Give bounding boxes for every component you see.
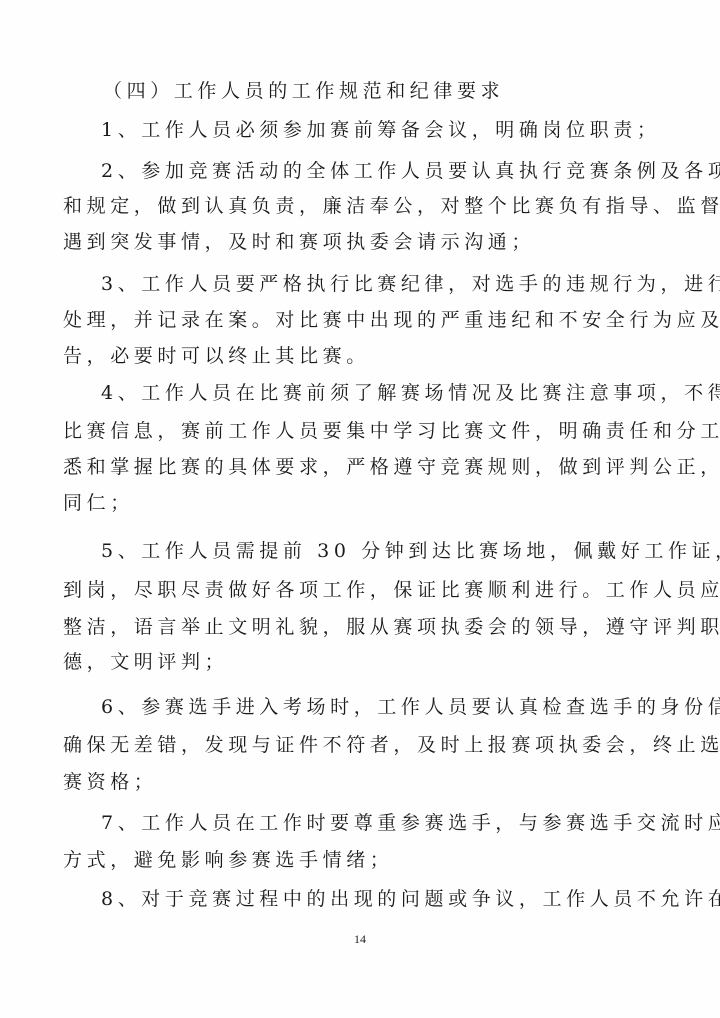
document-page: （四）工作人员的工作规范和纪律要求 1、工作人员必须参加赛前筹备会议，明确岗位职… [0, 0, 720, 1018]
item-3-line-2: 处理，并记录在案。对比赛中出现的严重违纪和不安全行为应及时警 [63, 308, 720, 332]
item-5-line-2: 到岗，尽职尽责做好各项工作，保证比赛顺利进行。工作人员应仪表 [63, 578, 720, 602]
item-7-line-2: 方式，避免影响参赛选手情绪； [63, 848, 393, 872]
section-heading: （四）工作人员的工作规范和纪律要求 [103, 79, 504, 103]
item-1-line-1: 1、工作人员必须参加赛前筹备会议，明确岗位职责； [101, 118, 661, 142]
item-2-line-3: 遇到突发事情，及时和赛项执委会请示沟通； [63, 230, 535, 254]
item-2-line-1: 2、参加竞赛活动的全体工作人员要认真执行竞赛条例及各项制度 [101, 159, 720, 183]
item-2-line-2: 和规定，做到认真负责，廉洁奉公，对整个比赛负有指导、监督责任， [63, 194, 720, 218]
item-3-line-1: 3、工作人员要严格执行比赛纪律，对选手的违规行为，进行严肃 [101, 272, 720, 296]
item-5-line-3: 整洁，语言举止文明礼貌，服从赛项执委会的领导，遵守评判职业道 [63, 615, 720, 639]
item-4-line-2: 比赛信息，赛前工作人员要集中学习比赛文件，明确责任和分工，熟 [63, 419, 720, 443]
item-3-line-3: 告，必要时可以终止其比赛。 [63, 344, 370, 368]
item-4-line-1: 4、工作人员在比赛前须了解赛场情况及比赛注意事项，不得泄露 [101, 381, 720, 405]
item-6-line-1: 6、参赛选手进入考场时，工作人员要认真检查选手的身份信息， [101, 695, 720, 719]
item-5-line-1: 5、工作人员需提前 30 分钟到达比赛场地，佩戴好工作证，准时 [101, 539, 720, 563]
item-7-line-1: 7、工作人员在工作时要尊重参赛选手，与参赛选手交流时应注意 [101, 811, 720, 835]
item-8-line-1: 8、对于竞赛过程中的出现的问题或争议，工作人员不允许在选手 [101, 887, 720, 911]
item-4-line-4: 同仁； [63, 491, 134, 515]
page-number: 14 [0, 932, 720, 947]
item-5-line-4: 德，文明评判； [63, 650, 228, 674]
item-6-line-3: 赛资格； [63, 770, 157, 794]
item-4-line-3: 悉和掌握比赛的具体要求，严格遵守竞赛规则，做到评判公正，一视 [63, 455, 720, 479]
item-6-line-2: 确保无差错，发现与证件不符者，及时上报赛项执委会，终止选手参 [63, 733, 720, 757]
